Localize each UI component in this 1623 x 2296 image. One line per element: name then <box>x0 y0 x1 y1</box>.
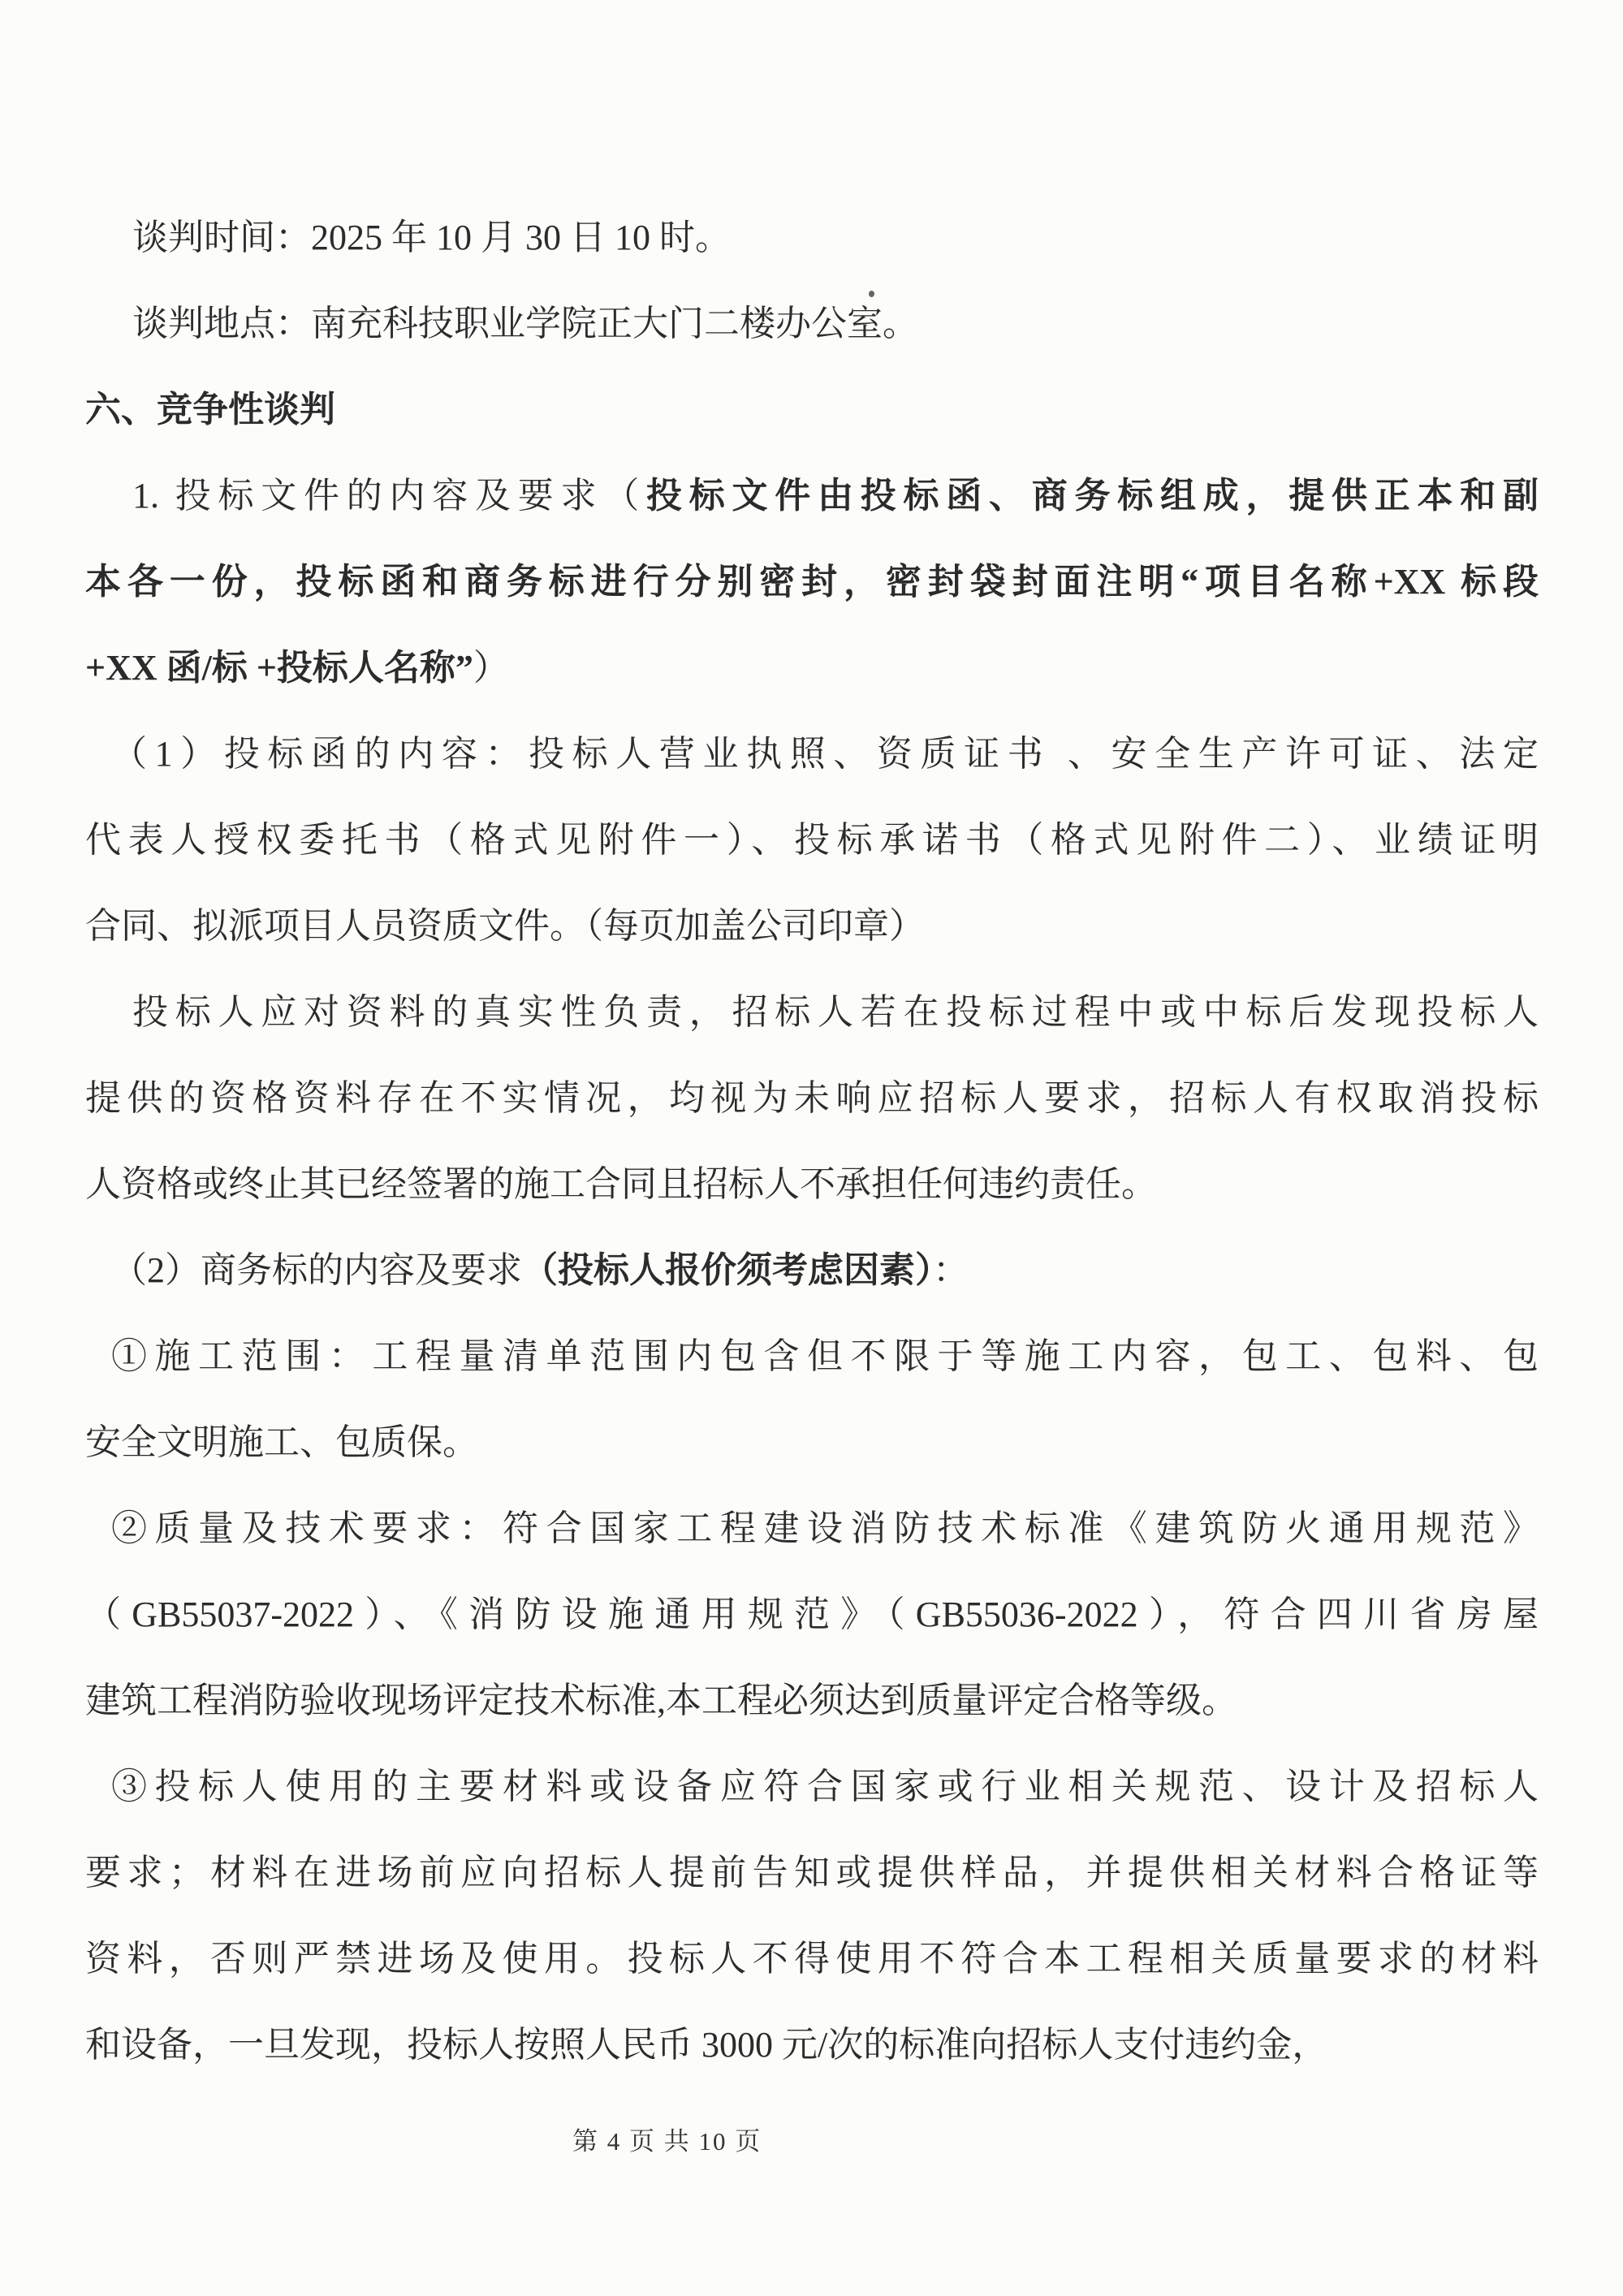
text-segment: 资料，否则严禁进场及使用。投标人不得使用不符合本工程相关质量要求的材料 <box>85 1939 1539 1979</box>
bold-text-segment: 六、竞争性谈判 <box>85 390 335 429</box>
text-line: 建筑工程消防验收现场评定技术标准,本工程必须达到质量评定合格等级。 <box>85 1658 1539 1744</box>
text-segment: ①施工范围：工程量清单范围内包含但不限于等施工内容，包工、包料、包 <box>111 1336 1539 1376</box>
text-segment: 人资格或终止其已经签署的施工合同且招标人不承担任何违约责任。 <box>85 1164 1157 1204</box>
bold-text-segment: （投标人报价须考虑因素） <box>522 1250 933 1290</box>
bold-text-segment: 投标文件由投标函、商务标组成，提供正本和副 <box>646 476 1539 516</box>
text-line: （1）投标函的内容：投标人营业执照、资质证书 、安全生产许可证、法定 <box>85 711 1539 797</box>
bold-text-segment: 本各一份，投标函和商务标进行分别密封，密封袋封面注明“项目名称+XX 标段 <box>85 562 1539 602</box>
scan-artifact-dot <box>869 291 874 297</box>
text-line: ①施工范围：工程量清单范围内包含但不限于等施工内容，包工、包料、包 <box>85 1314 1539 1400</box>
text-line: 资料，否则严禁进场及使用。投标人不得使用不符合本工程相关质量要求的材料 <box>85 1916 1539 2002</box>
text-segment: （1）投标函的内容：投标人营业执照、资质证书 、安全生产许可证、法定 <box>111 734 1539 774</box>
text-line: 提供的资格资料存在不实情况，均视为未响应招标人要求，招标人有权取消投标 <box>85 1055 1539 1142</box>
document-page: 谈判时间：2025 年 10 月 30 日 10 时。谈判地点：南充科技职业学院… <box>0 0 1623 2296</box>
text-segment: 投标人应对资料的真实性负责，招标人若在投标过程中或中标后发现投标人 <box>132 992 1539 1032</box>
text-segment: ③投标人使用的主要材料或设备应符合国家或行业相关规范、设计及招标人 <box>111 1767 1539 1806</box>
text-segment: 谈判时间：2025 年 10 月 30 日 10 时。 <box>132 218 731 257</box>
text-segment: 安全文明施工、包质保。 <box>85 1422 478 1462</box>
text-line: 投标人应对资料的真实性负责，招标人若在投标过程中或中标后发现投标人 <box>85 969 1539 1055</box>
text-line: 和设备，一旦发现，投标人按照人民币 3000 元/次的标准向招标人支付违约金， <box>85 2002 1539 2088</box>
text-line: 安全文明施工、包质保。 <box>85 1400 1539 1486</box>
text-line: 1. 投标文件的内容及要求（投标文件由投标函、商务标组成，提供正本和副 <box>85 453 1539 539</box>
text-segment: （GB55037-2022）、《消防设施通用规范》（GB55036-2022），… <box>85 1595 1539 1634</box>
page-footer: 第 4 页 共 10 页 <box>572 2121 762 2157</box>
text-segment: 提供的资格资料存在不实情况，均视为未响应招标人要求，招标人有权取消投标 <box>85 1078 1539 1118</box>
text-segment: 谈判地点：南充科技职业学院正大门二楼办公室。 <box>132 304 918 343</box>
text-line: 本各一份，投标函和商务标进行分别密封，密封袋封面注明“项目名称+XX 标段 <box>85 539 1539 625</box>
text-line: +XX 函/标 +投标人名称”） <box>85 625 1539 711</box>
text-segment: （2）商务标的内容及要求 <box>111 1250 522 1290</box>
text-line: （GB55037-2022）、《消防设施通用规范》（GB55036-2022），… <box>85 1572 1539 1658</box>
text-line: 六、竞争性谈判 <box>85 367 1539 453</box>
text-segment: 和设备，一旦发现，投标人按照人民币 3000 元/次的标准向招标人支付违约金， <box>85 2025 1327 2065</box>
text-segment: 1. 投标文件的内容及要求（ <box>132 476 646 516</box>
text-line: 代表人授权委托书（格式见附件一）、投标承诺书（格式见附件二）、业绩证明 <box>85 797 1539 883</box>
text-line: （2）商务标的内容及要求（投标人报价须考虑因素）： <box>85 1228 1539 1314</box>
text-line: 合同、拟派项目人员资质文件。（每页加盖公司印章） <box>85 883 1539 969</box>
text-line: 谈判时间：2025 年 10 月 30 日 10 时。 <box>85 195 1539 281</box>
text-segment: ： <box>933 1250 969 1290</box>
text-segment: 要求；材料在进场前应向招标人提前告知或提供样品，并提供相关材料合格证等 <box>85 1853 1539 1892</box>
text-line: 谈判地点：南充科技职业学院正大门二楼办公室。 <box>85 281 1539 367</box>
bold-text-segment: +XX 函/标 +投标人名称” <box>85 648 473 688</box>
text-segment: 建筑工程消防验收现场评定技术标准,本工程必须达到质量评定合格等级。 <box>85 1681 1237 1720</box>
text-segment: 合同、拟派项目人员资质文件。（每页加盖公司印章） <box>85 906 925 946</box>
text-segment: ） <box>473 648 509 688</box>
text-segment: ②质量及技术要求：符合国家工程建设消防技术标准《建筑防火通用规范》 <box>111 1508 1539 1548</box>
text-line: 人资格或终止其已经签署的施工合同且招标人不承担任何违约责任。 <box>85 1142 1539 1228</box>
text-line: ②质量及技术要求：符合国家工程建设消防技术标准《建筑防火通用规范》 <box>85 1486 1539 1572</box>
text-line: ③投标人使用的主要材料或设备应符合国家或行业相关规范、设计及招标人 <box>85 1744 1539 1830</box>
text-line: 要求；材料在进场前应向招标人提前告知或提供样品，并提供相关材料合格证等 <box>85 1830 1539 1916</box>
page-number-label: 第 4 页 共 10 页 <box>572 2127 762 2156</box>
document-body: 谈判时间：2025 年 10 月 30 日 10 时。谈判地点：南充科技职业学院… <box>85 195 1539 2088</box>
text-segment: 代表人授权委托书（格式见附件一）、投标承诺书（格式见附件二）、业绩证明 <box>85 820 1539 860</box>
